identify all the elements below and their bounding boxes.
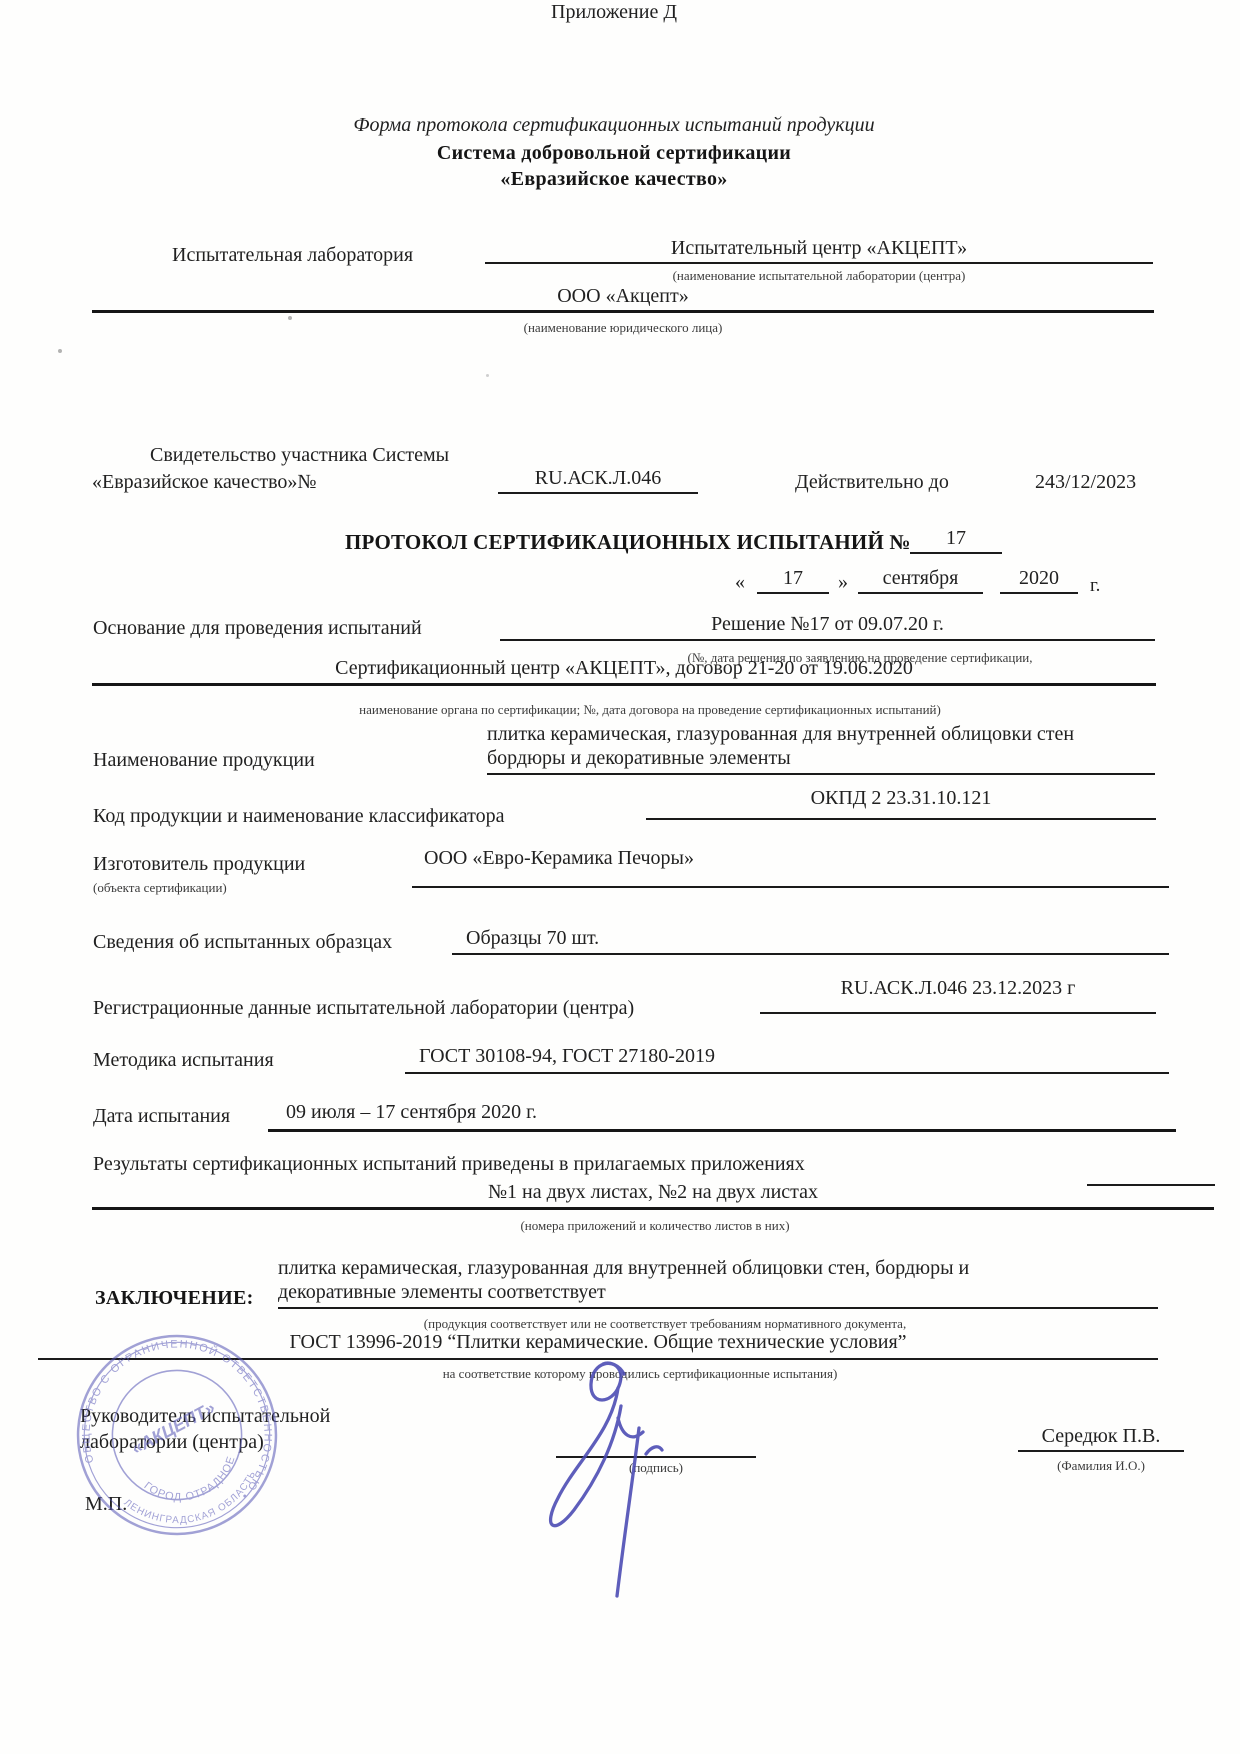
annex-label: Приложение Д	[0, 0, 1228, 24]
scan-artifact-dot	[58, 349, 62, 353]
test-date-value: 09 июля – 17 сентября 2020 г.	[268, 1100, 1176, 1132]
scan-artifact-dot	[288, 316, 292, 320]
conclusion-value-line2: декоративные элементы соответствует	[278, 1280, 1158, 1304]
lab-value: Испытательный центр «АКЦЕПТ»	[485, 236, 1153, 264]
product-value-block: плитка керамическая, глазурованная для в…	[487, 722, 1155, 775]
signature-ink	[520, 1356, 700, 1606]
protocol-number: 17	[910, 526, 1002, 554]
signer-name: Середюк П.В.	[1018, 1424, 1184, 1452]
results-value: №1 на двух листах, №2 на двух листах	[92, 1180, 1214, 1210]
system-title-line1: Система добровольной сертификации	[0, 141, 1228, 165]
signature-stroke-main-loop	[551, 1388, 621, 1526]
date-year: 2020	[1000, 566, 1078, 594]
scanned-certification-protocol-page: Приложение Д Форма протокола сертификаци…	[0, 0, 1240, 1754]
code-value: ОКПД 2 23.31.10.121	[646, 786, 1156, 820]
lab-label: Испытательная лаборатория	[172, 243, 413, 267]
method-value: ГОСТ 30108-94, ГОСТ 27180-2019	[405, 1044, 1169, 1074]
signer-name-caption: (Фамилия И.О.)	[1018, 1458, 1184, 1474]
conclusion-value-line1: плитка керамическая, глазурованная для в…	[278, 1256, 1158, 1280]
scan-artifact-dot	[486, 374, 489, 377]
date-quote-close: »	[838, 570, 848, 594]
test-date-label: Дата испытания	[93, 1104, 230, 1128]
lab-caption: (наименование испытательной лаборатории …	[485, 268, 1153, 284]
legal-entity-value: ООО «Акцепт»	[92, 284, 1154, 313]
conclusion-value-block: плитка керамическая, глазурованная для в…	[278, 1256, 1158, 1309]
form-subtitle: Форма протокола сертификационных испытан…	[0, 113, 1228, 137]
results-label: Результаты сертификационных испытаний пр…	[93, 1152, 805, 1176]
certificate-line2-label: «Евразийское качество»№	[92, 470, 316, 494]
certificate-line1: Свидетельство участника Системы	[150, 443, 449, 467]
product-value-line2: бордюры и декоративные элементы	[487, 746, 1155, 770]
round-stamp: ОБЩЕСТВО С ОГРАНИЧЕННОЙ ОТВЕТСТВЕННОСТЬЮ…	[52, 1310, 302, 1560]
basis-value2: Сертификационный центр «АКЦЕПТ», договор…	[92, 656, 1156, 686]
product-label: Наименование продукции	[93, 748, 315, 772]
manufacturer-value: ООО «Евро-Керамика Печоры»	[412, 846, 1169, 888]
conclusion-label: ЗАКЛЮЧЕНИЕ:	[95, 1286, 254, 1310]
protocol-title: ПРОТОКОЛ СЕРТИФИКАЦИОННЫХ ИСПЫТАНИЙ №	[345, 530, 911, 556]
certificate-number: RU.АСК.Л.046	[498, 466, 698, 494]
basis-caption2: наименование органа по сертификации; №, …	[160, 702, 1140, 718]
registration-label: Регистрационные данные испытательной лаб…	[93, 996, 634, 1020]
method-label: Методика испытания	[93, 1048, 274, 1072]
manufacturer-sublabel: (объекта сертификации)	[93, 880, 227, 896]
stamp-center-text: «АКЦЕПТ»	[128, 1397, 218, 1458]
signature-stroke-top-loop	[591, 1363, 624, 1400]
date-year-suffix: г.	[1090, 574, 1100, 597]
basis-value: Решение №17 от 09.07.20 г.	[500, 612, 1155, 641]
product-value-line1: плитка керамическая, глазурованная для в…	[487, 722, 1155, 746]
date-month: сентября	[858, 566, 983, 594]
date-day: 17	[757, 566, 829, 594]
results-caption: (номера приложений и количество листов в…	[160, 1218, 1150, 1234]
samples-value: Образцы 70 шт.	[452, 926, 1169, 955]
date-quote-open: «	[735, 570, 745, 594]
registration-value: RU.АСК.Л.046 23.12.2023 г	[760, 976, 1156, 1014]
manufacturer-label: Изготовитель продукции	[93, 852, 305, 876]
samples-label: Сведения об испытанных образцах	[93, 930, 392, 954]
certificate-valid-value: 243/12/2023	[1035, 470, 1136, 494]
basis-label: Основание для проведения испытаний	[93, 616, 422, 640]
code-label: Код продукции и наименование классификат…	[93, 804, 504, 828]
certificate-valid-label: Действительно до	[795, 470, 949, 494]
signature-stroke-tail	[617, 1428, 639, 1596]
legal-entity-caption: (наименование юридического лица)	[92, 320, 1154, 336]
system-title-line2: «Евразийское качество»	[0, 167, 1228, 191]
signature-stroke-tick	[646, 1447, 662, 1454]
